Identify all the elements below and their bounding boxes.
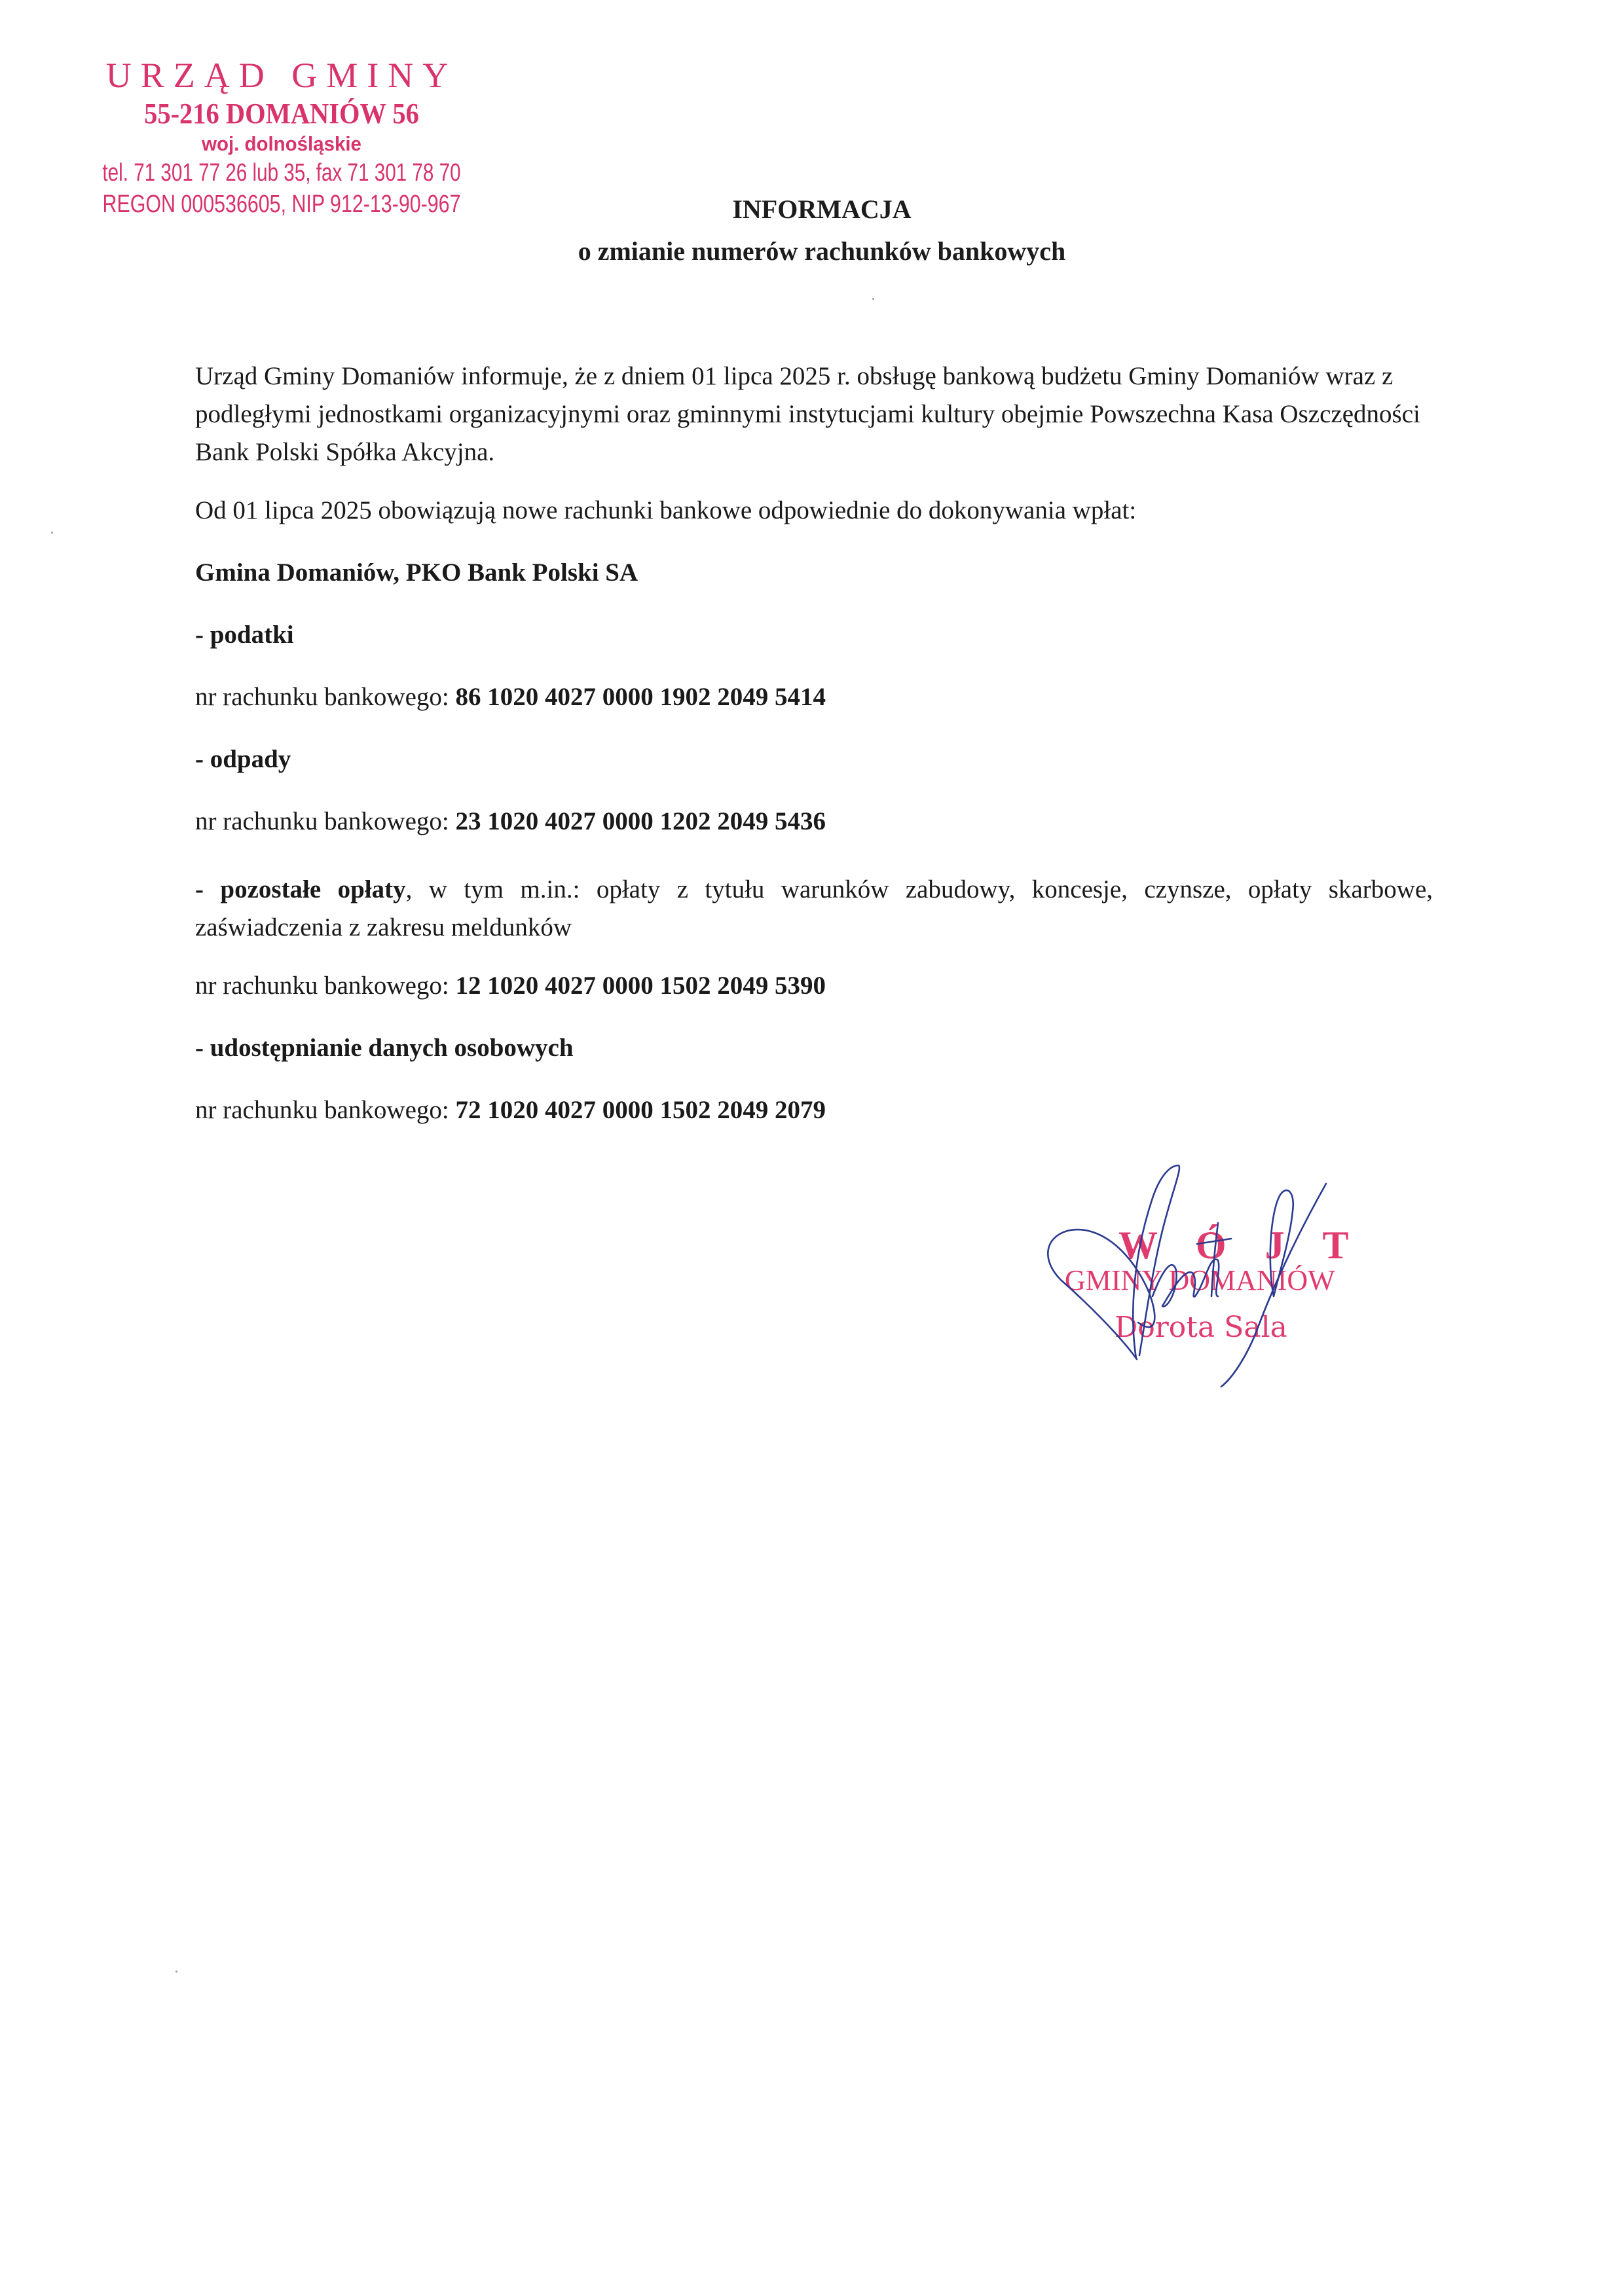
scan-speck (380, 1113, 382, 1115)
section-title-other-fees: - pozostałe opłaty (195, 875, 406, 903)
scan-speck (51, 532, 53, 534)
document-title: INFORMACJA o zmianie numerów rachunków b… (511, 196, 1133, 264)
stamp-phone-fax: tel. 71 301 77 26 lub 35, fax 71 301 78 … (98, 160, 466, 185)
account-label: nr rachunku bankowego: (195, 972, 449, 1000)
account-line-other-fees: nr rachunku bankowego: 12 1020 4027 0000… (195, 973, 1433, 999)
stamp-address: 55-216 DOMANIÓW 56 (65, 100, 498, 128)
account-number-other-fees: 12 1020 4027 0000 1502 2049 5390 (455, 972, 826, 1000)
account-label: nr rachunku bankowego: (195, 1096, 449, 1124)
title-subheading: o zmianie numerów rachunków bankowych (511, 238, 1133, 264)
recipient-line: Gmina Domaniów, PKO Bank Polski SA (195, 560, 1433, 586)
office-header-stamp: URZĄD GMINY 55-216 DOMANIÓW 56 woj. doln… (46, 58, 517, 217)
handwritten-signature-icon (1022, 1139, 1428, 1401)
account-line-waste: nr rachunku bankowego: 23 1020 4027 0000… (195, 809, 1433, 835)
scan-speck (872, 298, 874, 300)
account-label: nr rachunku bankowego: (195, 683, 449, 711)
account-number-taxes: 86 1020 4027 0000 1902 2049 5414 (455, 683, 826, 711)
section-title-personal-data: - udostępnianie danych osobowych (195, 1035, 1433, 1061)
account-number-waste: 23 1020 4027 0000 1202 2049 5436 (455, 807, 826, 835)
section-title-taxes: - podatki (195, 622, 1433, 648)
title-heading: INFORMACJA (511, 196, 1133, 223)
account-line-personal-data: nr rachunku bankowego: 72 1020 4027 0000… (195, 1097, 1433, 1123)
notice-paragraph: Od 01 lipca 2025 obowiązują nowe rachunk… (195, 498, 1433, 524)
section-title-waste: - odpady (195, 746, 1433, 773)
account-line-taxes: nr rachunku bankowego: 86 1020 4027 0000… (195, 684, 1433, 710)
stamp-regon-nip: REGON 000536605, NIP 912-13-90-967 (93, 192, 470, 217)
document-body: Urząd Gminy Domaniów informuje, że z dni… (195, 357, 1433, 1159)
signature-block: W Ó J T GMINY DOMANIÓW Dorota Sala (1022, 1139, 1428, 1401)
scan-speck (175, 1971, 177, 1973)
stamp-office-name: URZĄD GMINY (46, 58, 517, 93)
stamp-voivodeship: woj. dolnośląskie (58, 134, 506, 154)
account-label: nr rachunku bankowego: (195, 807, 449, 835)
account-number-personal-data: 72 1020 4027 0000 1502 2049 2079 (455, 1096, 826, 1124)
intro-paragraph: Urząd Gminy Domaniów informuje, że z dni… (195, 357, 1433, 471)
section-other-fees: - pozostałe opłaty, w tym m.in.: opłaty … (195, 871, 1433, 947)
